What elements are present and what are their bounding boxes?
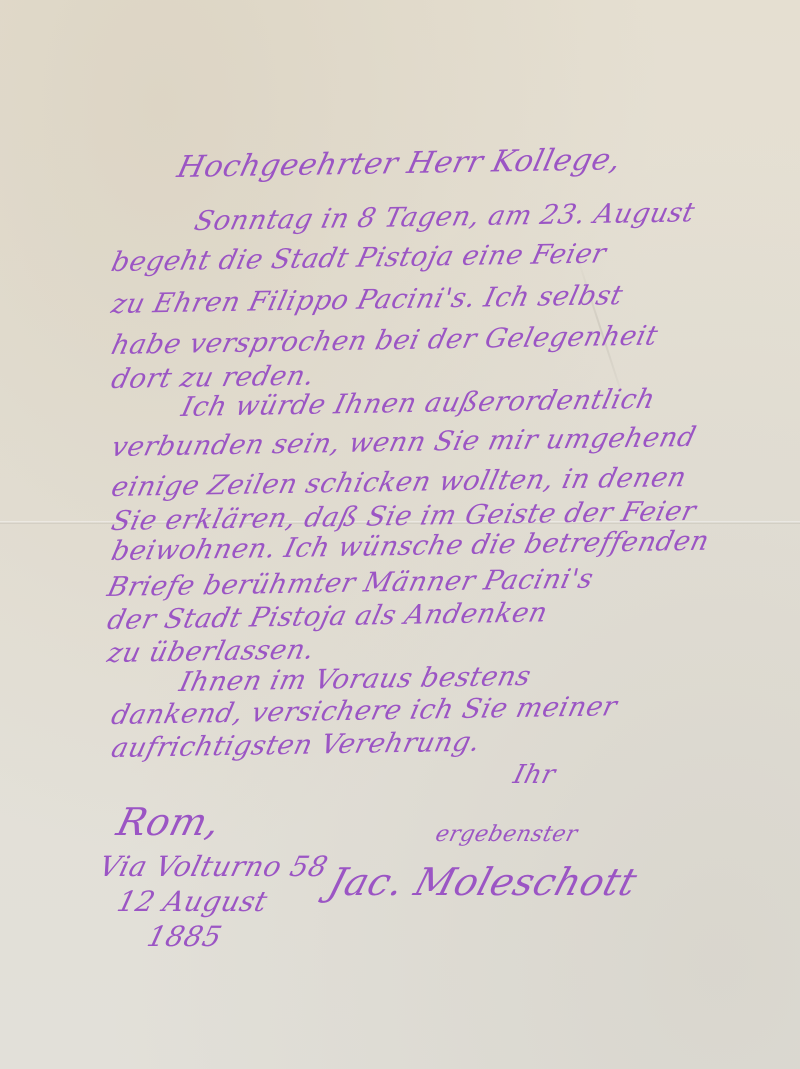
letter-page: Hochgeehrter Herr Kollege, Sonntag in 8 … [0, 0, 800, 1069]
body-line: begeht die Stadt Pistoja eine Feier [108, 238, 609, 278]
dateline-date: 12 August [114, 885, 271, 918]
dateline-year: 1885 [144, 920, 225, 953]
dateline-place: Rom, [113, 800, 226, 844]
body-line: Sonntag in 8 Tagen, am 23. August [191, 197, 697, 237]
body-line: zu überlassen. [104, 634, 317, 669]
body-line: habe versprochen bei der Gelegenheit [108, 321, 661, 361]
body-line: verbunden sein, wenn Sie mir umgehend [108, 422, 699, 463]
body-line: zu Ehren Filippo Pacini's. Ich selbst [108, 280, 626, 320]
closing-word: Ihr [510, 760, 558, 790]
body-line: Ihnen im Voraus bestens [176, 661, 534, 698]
body-line: der Stadt Pistoja als Andenken [104, 597, 550, 636]
body-line: aufrichtigsten Verehrung. [108, 727, 483, 764]
salutation: Hochgeehrter Herr Kollege, [174, 142, 625, 185]
closing-phrase: ergebenster [433, 822, 580, 847]
signature: Jac. Moleschott [324, 860, 643, 904]
dateline-address: Via Volturno 58 [96, 850, 332, 883]
